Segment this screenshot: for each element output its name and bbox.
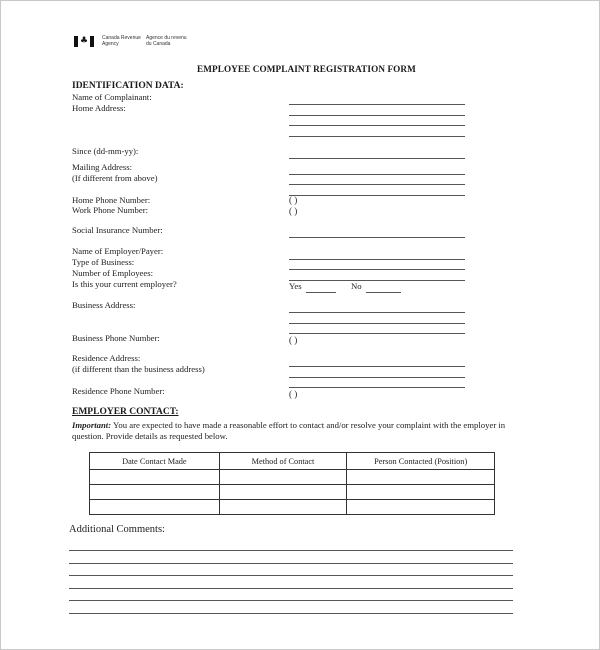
mailing-address-line-1[interactable] <box>289 174 465 175</box>
label-residence-phone: Residence Phone Number: <box>72 386 165 397</box>
label-business-phone: Business Phone Number: <box>72 333 160 344</box>
residence-address-line-3[interactable] <box>289 387 465 388</box>
label-sin: Social Insurance Number: <box>72 225 163 236</box>
yes-label: Yes <box>289 281 302 292</box>
business-type-line[interactable] <box>289 269 465 270</box>
comment-line[interactable] <box>69 588 513 589</box>
home-address-line-3[interactable] <box>289 136 465 137</box>
label-home-phone: Home Phone Number: <box>72 195 150 206</box>
label-business-type: Type of Business: <box>72 257 134 268</box>
label-mailing-address: Mailing Address: <box>72 162 132 173</box>
table-cell[interactable] <box>219 470 347 485</box>
name-field-line[interactable] <box>289 104 465 105</box>
comments-label: Additional Comments: <box>69 524 165 535</box>
no-label: No <box>351 281 362 292</box>
comment-line[interactable] <box>69 575 513 576</box>
num-employees-line[interactable] <box>289 280 465 281</box>
label-residence-note: (if different than the business address) <box>72 364 205 375</box>
label-business-address: Business Address: <box>72 300 135 311</box>
employer-contact-table: Date Contact Made Method of Contact Pers… <box>89 452 495 515</box>
label-home-address: Home Address: <box>72 103 126 114</box>
label-employer-name: Name of Employer/Payer: <box>72 246 163 257</box>
sin-field-line[interactable] <box>289 237 465 238</box>
label-name: Name of Complainant: <box>72 92 152 103</box>
label-num-employees: Number of Employees: <box>72 268 153 279</box>
agency-name-en: Canada RevenueAgency <box>102 35 141 47</box>
table-cell[interactable] <box>219 485 347 500</box>
table-row <box>90 485 495 500</box>
column-header-person: Person Contacted (Position) <box>347 453 495 470</box>
comment-line[interactable] <box>69 550 513 551</box>
label-mailing-note: (If different from above) <box>72 173 157 184</box>
important-text: You are expected to have made a reasonab… <box>72 420 505 441</box>
home-address-line-2[interactable] <box>289 125 465 126</box>
important-label: Important: <box>72 420 111 430</box>
table-cell[interactable] <box>347 500 495 515</box>
no-blank[interactable] <box>366 292 401 293</box>
comment-line[interactable] <box>69 613 513 614</box>
residence-address-line-2[interactable] <box>289 377 465 378</box>
column-header-date: Date Contact Made <box>90 453 220 470</box>
since-field-line[interactable] <box>289 158 465 159</box>
table-row <box>90 470 495 485</box>
employer-contact-heading: EMPLOYER CONTACT: <box>72 407 179 417</box>
label-work-phone: Work Phone Number: <box>72 205 148 216</box>
agency-name-fr: Agence du revenudu Canada <box>146 35 187 47</box>
business-address-line-2[interactable] <box>289 323 465 324</box>
label-since: Since (dd-mm-yy): <box>72 146 138 157</box>
important-note: Important: You are expected to have made… <box>72 420 512 441</box>
yes-blank[interactable] <box>306 292 336 293</box>
comment-line[interactable] <box>69 563 513 564</box>
table-cell[interactable] <box>219 500 347 515</box>
form-page: ♣ Canada RevenueAgency Agence du revenud… <box>0 0 600 650</box>
mailing-address-line-3[interactable] <box>289 195 465 196</box>
label-residence-address: Residence Address: <box>72 353 140 364</box>
table-cell[interactable] <box>347 485 495 500</box>
identification-heading: IDENTIFICATION DATA: <box>72 81 184 91</box>
business-address-line-3[interactable] <box>289 333 465 334</box>
work-phone-field[interactable]: ( ) <box>289 206 297 216</box>
table-cell[interactable] <box>90 470 220 485</box>
home-phone-field[interactable]: ( ) <box>289 195 297 205</box>
mailing-address-line-2[interactable] <box>289 184 465 185</box>
residence-address-line-1[interactable] <box>289 366 465 367</box>
table-cell[interactable] <box>90 500 220 515</box>
employer-name-line[interactable] <box>289 259 465 260</box>
label-current-employer: Is this your current employer? <box>72 279 177 290</box>
comment-line[interactable] <box>69 600 513 601</box>
table-cell[interactable] <box>90 485 220 500</box>
column-header-method: Method of Contact <box>219 453 347 470</box>
canada-flag-icon: ♣ <box>74 36 94 47</box>
residence-phone-field[interactable]: ( ) <box>289 389 297 399</box>
table-row <box>90 500 495 515</box>
business-phone-field[interactable]: ( ) <box>289 335 297 345</box>
table-cell[interactable] <box>347 470 495 485</box>
form-title: EMPLOYEE COMPLAINT REGISTRATION FORM <box>197 64 416 74</box>
home-address-line-1[interactable] <box>289 115 465 116</box>
business-address-line-1[interactable] <box>289 312 465 313</box>
